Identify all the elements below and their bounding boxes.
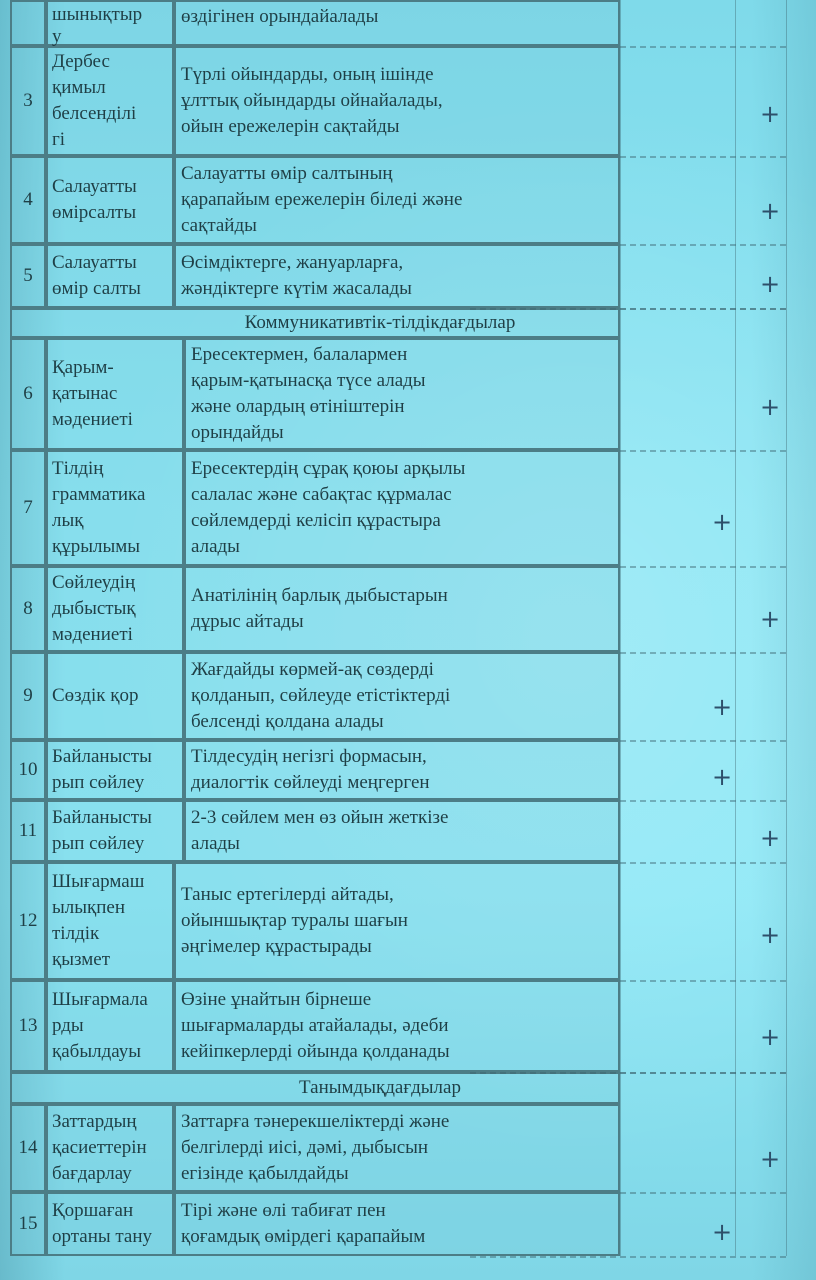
text-line: әңгімелер құрастырады xyxy=(181,934,613,960)
text-line: ұлттық ойындарды ойнайалады, xyxy=(181,88,613,114)
text-line: Қоршаған xyxy=(52,1198,168,1224)
text-line: Ересектердің сұрақ қоюы арқылы xyxy=(191,456,613,482)
text-line: у xyxy=(52,26,168,48)
table-row: 15Қоршағанортаны тануТірі және өлі табиғ… xyxy=(10,1192,620,1256)
text-line: Салауатты xyxy=(52,174,168,200)
text-line: орындайды xyxy=(191,420,613,446)
text-line: Сөйлеудің xyxy=(52,570,178,596)
text-line: грамматика xyxy=(52,482,178,508)
text-line: Тірі және өлі табиғат пен xyxy=(181,1198,613,1224)
text-line: Дербес xyxy=(52,49,168,75)
skill-description: Тілдесудің негізгі формасын,диалогтік сө… xyxy=(184,740,620,800)
row-number: 4 xyxy=(10,156,46,244)
text-line: гі xyxy=(52,127,168,153)
text-line: лық xyxy=(52,508,178,534)
text-line: қасиеттерін xyxy=(52,1135,168,1161)
row-number: 12 xyxy=(10,862,46,980)
text-line: қимыл xyxy=(52,75,168,101)
skill-description: Түрлі ойындарды, оның ішіндеұлттық ойынд… xyxy=(174,46,620,156)
row-number: 5 xyxy=(10,244,46,308)
text-line: қатынас xyxy=(52,381,178,407)
text-line: шығармаларды атайалады, әдеби xyxy=(181,1013,613,1039)
skill-name: шынықтыру xyxy=(46,0,174,46)
skill-description: Тірі және өлі табиғат пенқоғамдық өмірде… xyxy=(174,1192,620,1256)
skill-description: Өзіне ұнайтын бірнешешығармаларды атайал… xyxy=(174,980,620,1072)
section-header: Танымдықдағдылар xyxy=(10,1072,620,1104)
text-line: өмірсалты xyxy=(52,200,168,226)
text-line: рды xyxy=(52,1013,168,1039)
row-number: 7 xyxy=(10,450,46,566)
skill-description: Жағдайды көрмей-ақ сөздердіқолданып, сөй… xyxy=(184,652,620,740)
text-line: қолданып, сөйлеуде етістіктерді xyxy=(191,683,613,709)
column-divider xyxy=(735,0,736,1256)
plus-mark: + xyxy=(760,923,780,947)
text-line: Байланысты xyxy=(52,744,178,770)
text-line: Сөздік қор xyxy=(52,683,178,709)
text-line: салалас және сабақтас құрмалас xyxy=(191,482,613,508)
skill-name: Қоршағанортаны тану xyxy=(46,1192,174,1256)
text-line: Тілдесудің негізгі формасын, xyxy=(191,744,613,770)
skill-description: Ересектермен, балаларменқарым-қатынасқа … xyxy=(184,338,620,450)
section-title: Танымдықдағдылар xyxy=(169,1077,461,1099)
text-line: Анатілінің барлық дыбыстарын xyxy=(191,583,613,609)
section-title: Коммуникативтік-тілдікдағдылар xyxy=(115,312,516,334)
text-line: Заттардың xyxy=(52,1109,168,1135)
plus-mark: + xyxy=(760,199,780,223)
text-line: Салауатты өмір салтының xyxy=(181,161,613,187)
skill-name: Қарым-қатынасмәдениеті xyxy=(46,338,184,450)
skill-description: Таныс ертегілерді айтады,ойыншықтар тура… xyxy=(174,862,620,980)
table-row: 13ШығармалардықабылдауыӨзіне ұнайтын бір… xyxy=(10,980,620,1072)
table-row: 7ТілдіңграмматикалыққұрылымыЕресектердің… xyxy=(10,450,620,566)
text-line: қарым-қатынасқа түсе алады xyxy=(191,368,613,394)
skill-name: Шығармашылықпентілдікқызмет xyxy=(46,862,174,980)
skill-name: Шығармалардықабылдауы xyxy=(46,980,174,1072)
skill-name: Салауаттыөмірсалты xyxy=(46,156,174,244)
text-line: өмір салты xyxy=(52,276,168,302)
skill-name: Сөздік қор xyxy=(46,652,184,740)
text-line: құрылымы xyxy=(52,534,178,560)
plus-mark: + xyxy=(712,765,732,789)
text-line: Тілдің xyxy=(52,456,178,482)
skill-name: Тілдіңграмматикалыққұрылымы xyxy=(46,450,184,566)
text-line: жәндіктерге күтім жасалады xyxy=(181,276,613,302)
row-number: 9 xyxy=(10,652,46,740)
text-line: және олардың өтініштерін xyxy=(191,394,613,420)
table-row: 11Байланыстырып сөйлеу2-3 сөйлем мен өз … xyxy=(10,800,620,862)
skill-description: Анатілінің барлық дыбыстарындұрыс айтады xyxy=(184,566,620,652)
plus-mark: + xyxy=(712,695,732,719)
text-line: рып сөйлеу xyxy=(52,770,178,796)
section-header: Коммуникативтік-тілдікдағдылар xyxy=(10,308,620,338)
text-line: мәдениеті xyxy=(52,407,178,433)
column-divider xyxy=(620,0,621,1256)
text-line: алады xyxy=(191,831,613,857)
row-number: 14 xyxy=(10,1104,46,1192)
skill-description: Өсімдіктерге, жануарларға,жәндіктерге кү… xyxy=(174,244,620,308)
text-line: өздігінен орындайалады xyxy=(181,4,613,30)
row-number: 8 xyxy=(10,566,46,652)
text-line: Шығармаш xyxy=(52,869,168,895)
skill-description: өздігінен орындайалады xyxy=(174,0,620,46)
row-divider xyxy=(470,1256,786,1258)
text-line: дыбыстық xyxy=(52,596,178,622)
text-line: сақтайды xyxy=(181,213,613,239)
row-number: 13 xyxy=(10,980,46,1072)
table-row: 8СөйлеудіңдыбыстықмәдениетіАнатілінің ба… xyxy=(10,566,620,652)
table-row: 5Салауаттыөмір салтыӨсімдіктерге, жануар… xyxy=(10,244,620,308)
skill-name: Байланыстырып сөйлеу xyxy=(46,800,184,862)
row-number: 6 xyxy=(10,338,46,450)
skill-description: Ересектердің сұрақ қоюы арқылысалалас жә… xyxy=(184,450,620,566)
text-line: кейіпкерлерді ойында қолданады xyxy=(181,1039,613,1065)
plus-mark: + xyxy=(760,102,780,126)
table-row: 12ШығармашылықпентілдікқызметТаныс ертег… xyxy=(10,862,620,980)
skill-description: Заттарға тәнерекшеліктерді жәнебелгілерд… xyxy=(174,1104,620,1192)
skill-name: Дербесқимылбелсенділігі xyxy=(46,46,174,156)
text-line: ойыншықтар туралы шағын xyxy=(181,908,613,934)
text-line: қарапайым ережелерін біледі және xyxy=(181,187,613,213)
row-number: 3 xyxy=(10,46,46,156)
text-line: мәдениеті xyxy=(52,622,178,648)
table-row: 10Байланыстырып сөйлеуТілдесудің негізгі… xyxy=(10,740,620,800)
plus-mark: + xyxy=(712,510,732,534)
text-line: Таныс ертегілерді айтады, xyxy=(181,882,613,908)
text-line: дұрыс айтады xyxy=(191,609,613,635)
plus-mark: + xyxy=(712,1220,732,1244)
text-line: ойын ережелерін сақтайды xyxy=(181,114,613,140)
table-row: 4СалауаттыөмірсалтыСалауатты өмір салтын… xyxy=(10,156,620,244)
plus-mark: + xyxy=(760,1147,780,1171)
skill-name: Заттардыңқасиеттерінбағдарлау xyxy=(46,1104,174,1192)
text-line: бағдарлау xyxy=(52,1161,168,1187)
skill-name: Сөйлеудіңдыбыстықмәдениеті xyxy=(46,566,184,652)
text-line: қызмет xyxy=(52,947,168,973)
skill-description: 2-3 сөйлем мен өз ойын жеткізеалады xyxy=(184,800,620,862)
row-divider xyxy=(470,308,786,310)
text-line: белсенділі xyxy=(52,101,168,127)
table-row: 3ДербесқимылбелсенділігіТүрлі ойындарды,… xyxy=(10,46,620,156)
text-line: 2-3 сөйлем мен өз ойын жеткізе xyxy=(191,805,613,831)
skill-description: Салауатты өмір салтыныңқарапайым ережеле… xyxy=(174,156,620,244)
text-line: сөйлемдерді келісіп құрастыра xyxy=(191,508,613,534)
text-line: белгілерді иісі, дәмі, дыбысын xyxy=(181,1135,613,1161)
text-line: Түрлі ойындарды, оның ішінде xyxy=(181,62,613,88)
row-number: 15 xyxy=(10,1192,46,1256)
text-line: Жағдайды көрмей-ақ сөздерді xyxy=(191,657,613,683)
text-line: Өсімдіктерге, жануарларға, xyxy=(181,250,613,276)
text-line: рып сөйлеу xyxy=(52,831,178,857)
table-row: 9Сөздік қорЖағдайды көрмей-ақ сөздердіқо… xyxy=(10,652,620,740)
text-line: шынықтыр xyxy=(52,4,168,26)
text-line: қоғамдық өмірдегі қарапайым xyxy=(181,1224,613,1250)
row-divider xyxy=(470,1072,786,1074)
row-number xyxy=(10,0,46,46)
text-line: Салауатты xyxy=(52,250,168,276)
row-number: 10 xyxy=(10,740,46,800)
text-line: егізінде қабылдайды xyxy=(181,1161,613,1187)
plus-mark: + xyxy=(760,1025,780,1049)
skill-name: Салауаттыөмір салты xyxy=(46,244,174,308)
text-line: Өзіне ұнайтын бірнеше xyxy=(181,987,613,1013)
table-row-partial: шынықтыруөздігінен орындайалады xyxy=(10,0,620,46)
row-number: 11 xyxy=(10,800,46,862)
text-line: алады xyxy=(191,534,613,560)
text-line: Шығармала xyxy=(52,987,168,1013)
text-line: белсенді қолдана алады xyxy=(191,709,613,735)
plus-mark: + xyxy=(760,272,780,296)
plus-mark: + xyxy=(760,826,780,850)
plus-mark: + xyxy=(760,395,780,419)
text-line: тілдік xyxy=(52,921,168,947)
text-line: Заттарға тәнерекшеліктерді және xyxy=(181,1109,613,1135)
text-line: ортаны тану xyxy=(52,1224,168,1250)
column-divider xyxy=(786,0,787,1256)
text-line: Байланысты xyxy=(52,805,178,831)
text-line: ылықпен xyxy=(52,895,168,921)
text-line: Ересектермен, балалармен xyxy=(191,342,613,368)
skill-name: Байланыстырып сөйлеу xyxy=(46,740,184,800)
text-line: Қарым- xyxy=(52,355,178,381)
text-line: диалогтік сөйлеуді меңгерген xyxy=(191,770,613,796)
table-row: 14ЗаттардыңқасиеттерінбағдарлауЗаттарға … xyxy=(10,1104,620,1192)
plus-mark: + xyxy=(760,607,780,631)
table-row: 6Қарым-қатынасмәдениетіЕресектермен, бал… xyxy=(10,338,620,450)
text-line: қабылдауы xyxy=(52,1039,168,1065)
